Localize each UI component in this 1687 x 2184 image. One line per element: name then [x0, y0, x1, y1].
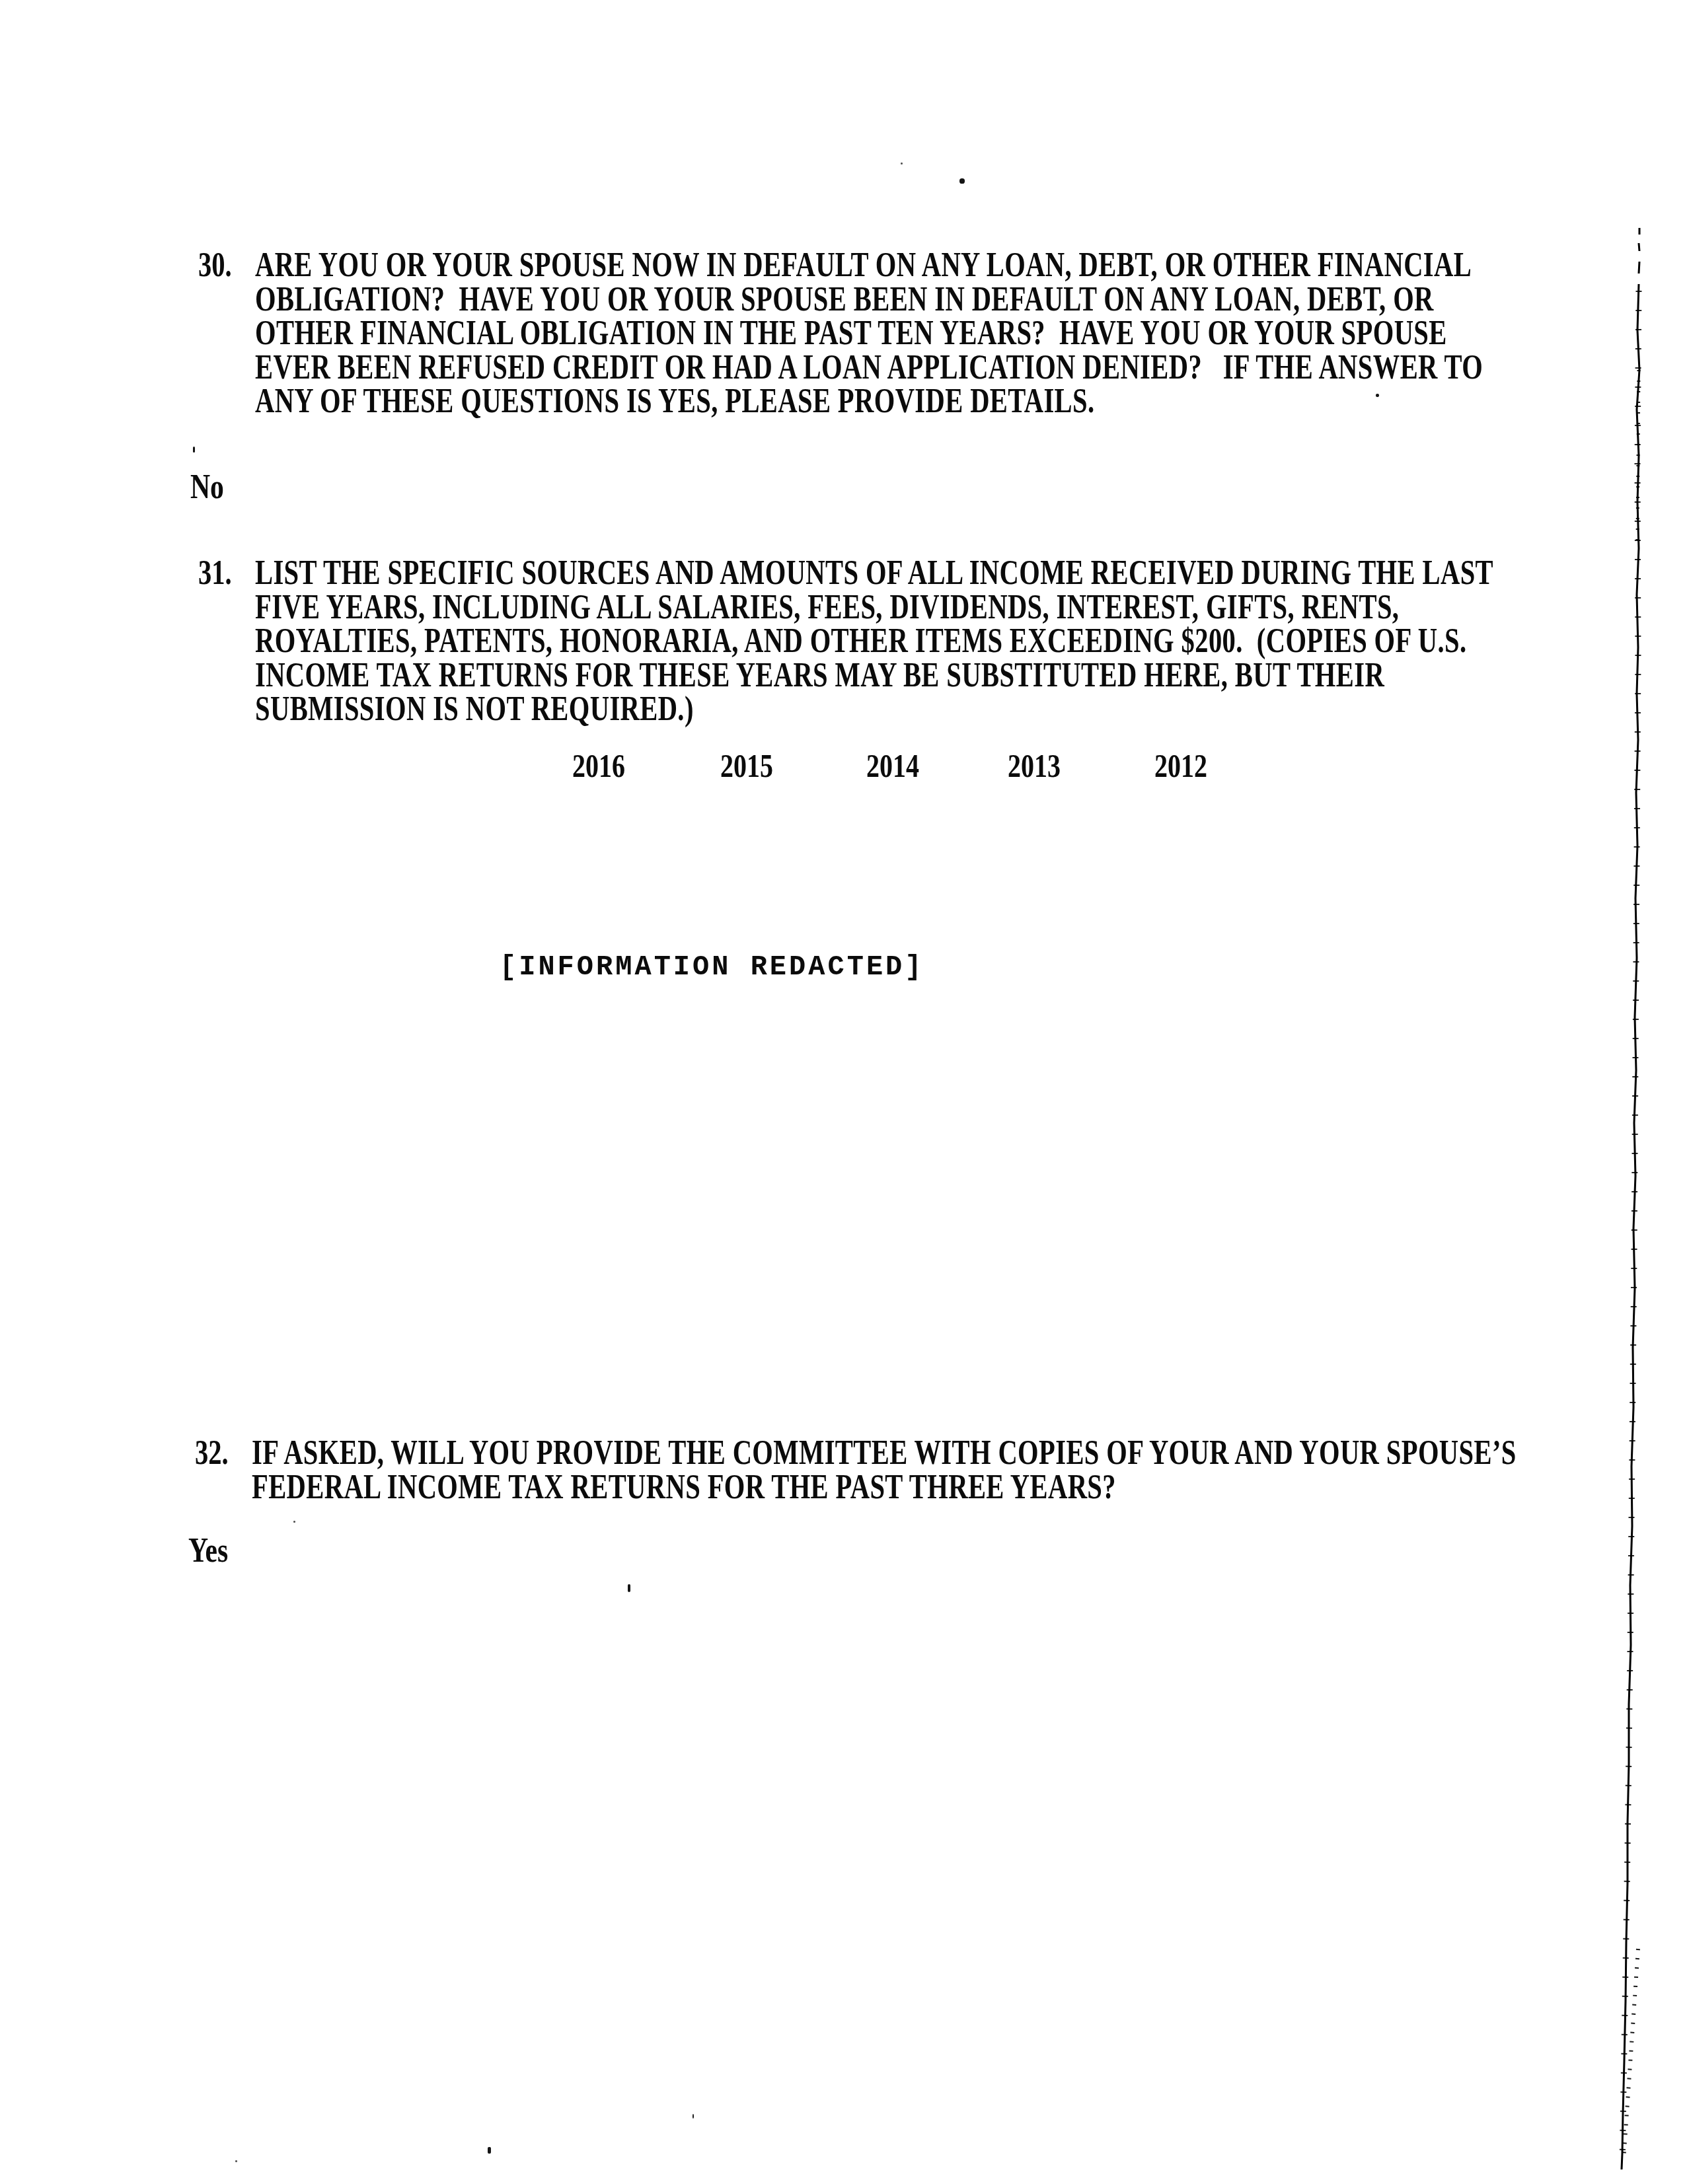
question-31-line-3: ROYALTIES, PATENTS, HONORARIA, AND OTHER…	[255, 624, 1493, 659]
ink-speck	[628, 1584, 630, 1592]
question-31-line-4: INCOME TAX RETURNS FOR THESE YEARS MAY B…	[255, 659, 1493, 693]
ink-speck	[693, 2114, 694, 2119]
question-32-number: 32.	[195, 1436, 229, 1470]
question-30-answer: No	[190, 470, 224, 505]
year-label-2014: 2014	[866, 749, 919, 782]
year-label-2015: 2015	[720, 749, 773, 782]
question-31-line-5: SUBMISSION IS NOT REQUIRED.)	[255, 692, 1493, 727]
question-30-number: 30.	[198, 248, 232, 282]
ink-speck	[1376, 394, 1379, 397]
redacted-information-text: [INFORMATION REDACTED]	[500, 953, 924, 982]
question-30-line-2: OBLIGATION? HAVE YOU OR YOUR SPOUSE BEEN…	[255, 283, 1483, 317]
question-30-line-3: OTHER FINANCIAL OBLIGATION IN THE PAST T…	[255, 316, 1483, 351]
question-31-line-1: LIST THE SPECIFIC SOURCES AND AMOUNTS OF…	[255, 556, 1493, 591]
year-label-2013: 2013	[1008, 749, 1061, 782]
scanned-document-page: 30. ARE YOU OR YOUR SPOUSE NOW IN DEFAUL…	[0, 0, 1687, 2184]
question-32-line-1: IF ASKED, WILL YOU PROVIDE THE COMMITTEE…	[252, 1436, 1517, 1471]
ink-speck	[193, 447, 195, 453]
question-30-line-1: ARE YOU OR YOUR SPOUSE NOW IN DEFAULT ON…	[255, 248, 1483, 283]
ink-speck	[901, 163, 903, 164]
ink-speck	[293, 1521, 295, 1523]
question-31-text: LIST THE SPECIFIC SOURCES AND AMOUNTS OF…	[255, 556, 1687, 727]
question-32-line-2: FEDERAL INCOME TAX RETURNS FOR THE PAST …	[252, 1471, 1517, 1505]
ink-speck	[959, 178, 965, 184]
question-31-number: 31.	[198, 556, 232, 590]
question-30-text: ARE YOU OR YOUR SPOUSE NOW IN DEFAULT ON…	[255, 248, 1687, 419]
year-label-2016: 2016	[572, 749, 625, 782]
ink-speck	[488, 2147, 491, 2154]
ink-speck	[235, 2160, 237, 2162]
question-32-text: IF ASKED, WILL YOU PROVIDE THE COMMITTEE…	[252, 1436, 1687, 1504]
question-32-answer: Yes	[188, 1534, 228, 1568]
question-30-line-4: EVER BEEN REFUSED CREDIT OR HAD A LOAN A…	[255, 351, 1483, 385]
question-30-line-5: ANY OF THESE QUESTIONS IS YES, PLEASE PR…	[255, 384, 1483, 419]
year-label-2012: 2012	[1154, 749, 1207, 782]
question-31-line-2: FIVE YEARS, INCLUDING ALL SALARIES, FEES…	[255, 591, 1493, 625]
